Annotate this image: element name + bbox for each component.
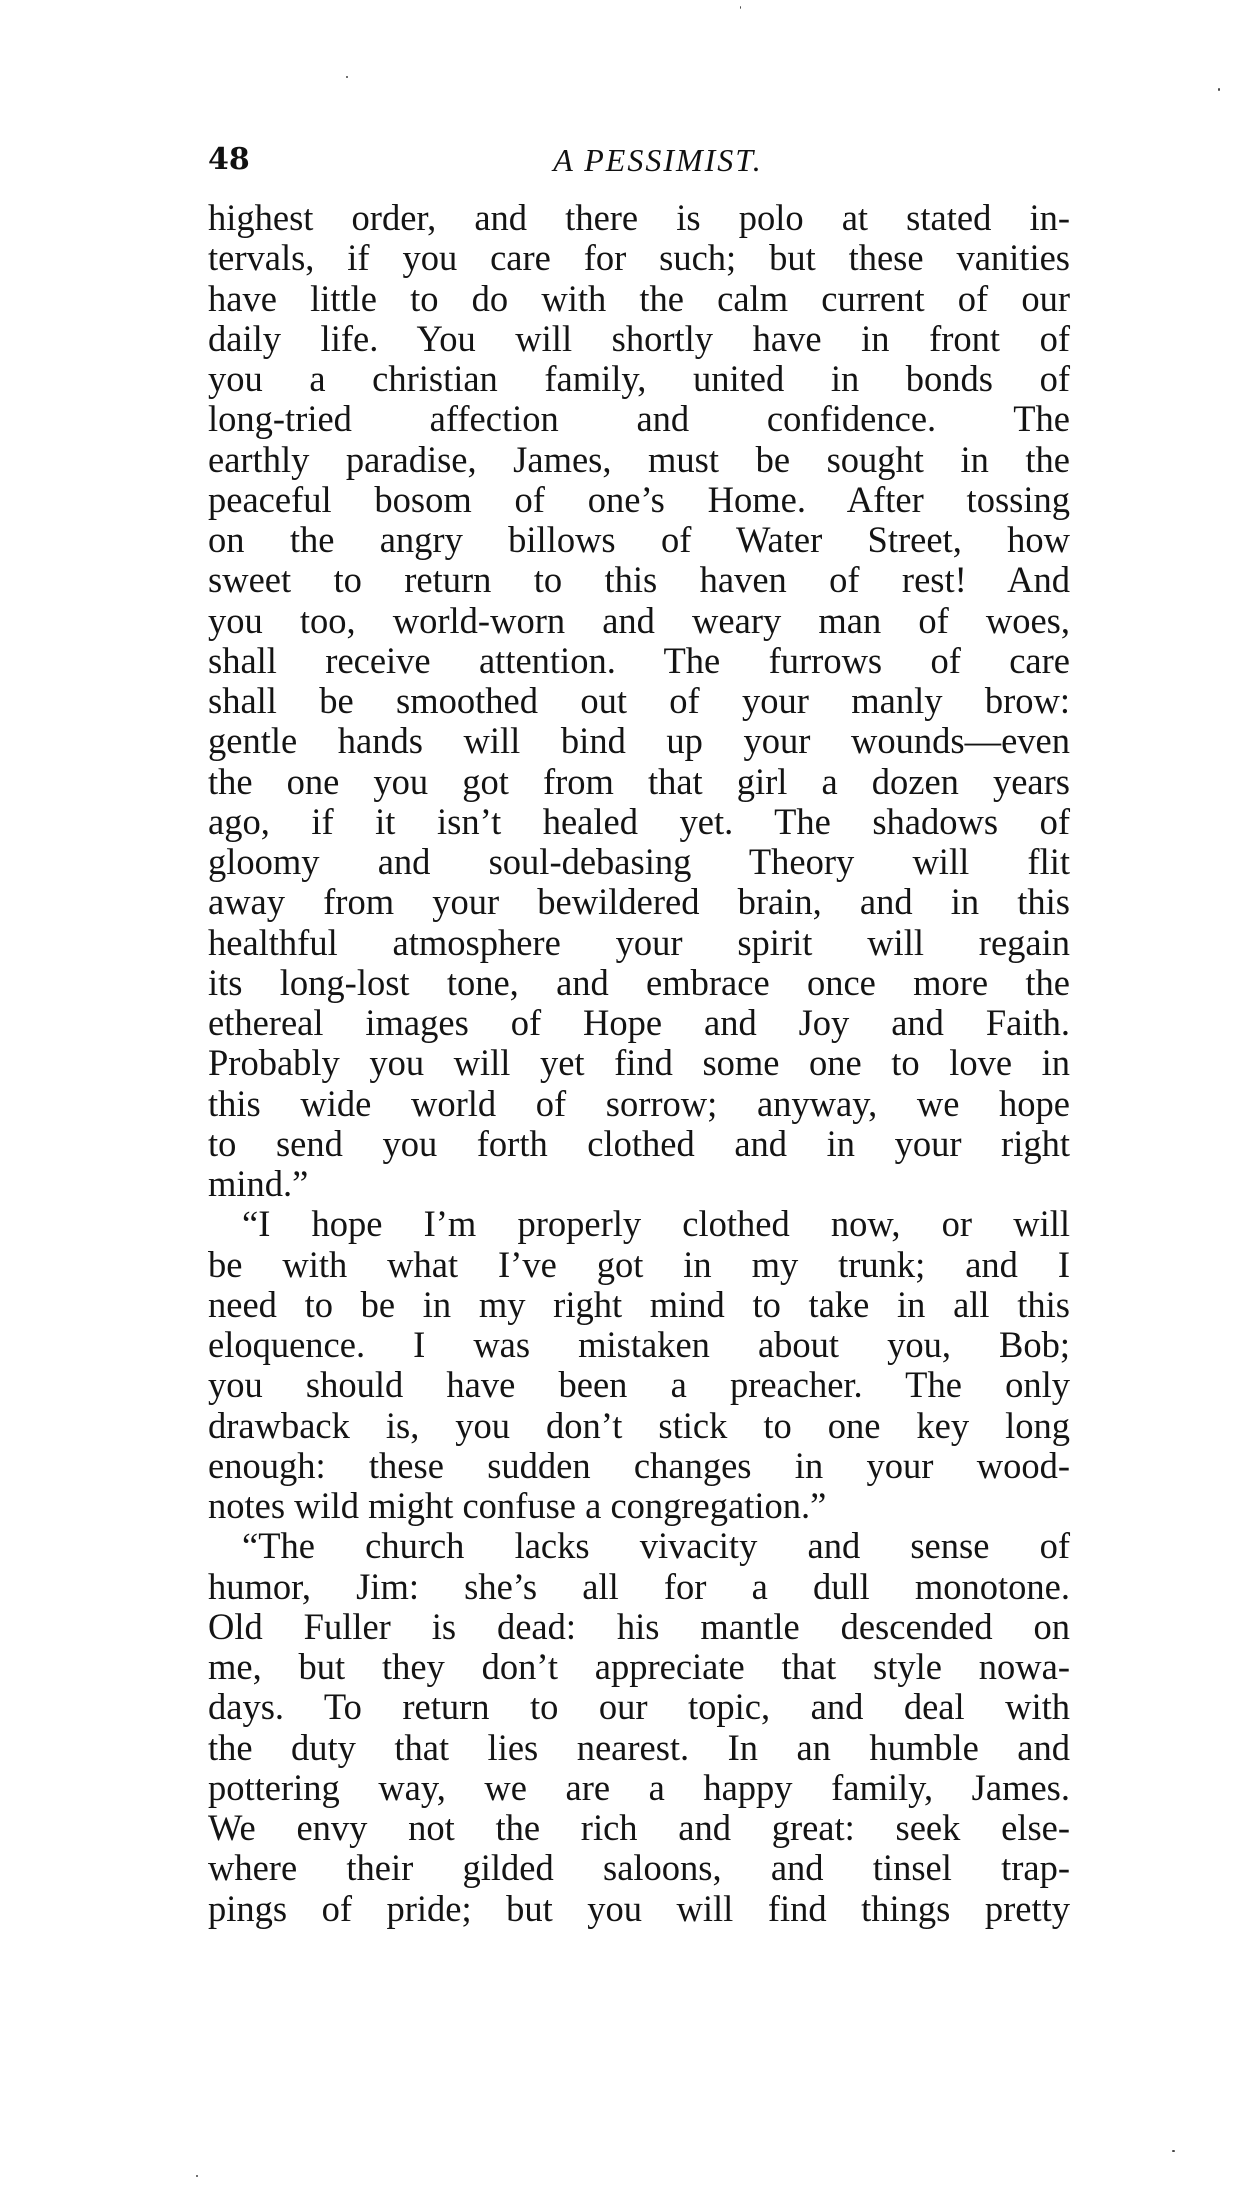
text-line: enough: these sudden changes in your woo… — [208, 1446, 1070, 1486]
scan-speck — [196, 2175, 198, 2177]
text-line: you too, world-worn and weary man of woe… — [208, 601, 1070, 641]
text-line: to send you forth clothed and in your ri… — [208, 1124, 1070, 1164]
text-line: on the angry billows of Water Street, ho… — [208, 520, 1070, 560]
text-line: have little to do with the calm current … — [208, 279, 1070, 319]
text-line: long-tried affection and confidence. The — [208, 399, 1070, 439]
text-line: the duty that lies nearest. In an humble… — [208, 1728, 1070, 1768]
text-line: you a christian family, united in bonds … — [208, 359, 1070, 399]
page-header: 48 A PESSIMIST. — [208, 138, 1068, 182]
text-line: me, but they don’t appreciate that style… — [208, 1647, 1070, 1687]
text-line: daily life. You will shortly have in fro… — [208, 319, 1070, 359]
text-line: humor, Jim: she’s all for a dull monoton… — [208, 1567, 1070, 1607]
scan-speck — [740, 6, 741, 9]
text-line: tervals, if you care for such; but these… — [208, 238, 1070, 278]
text-line: the one you got from that girl a dozen y… — [208, 762, 1070, 802]
text-line: where their gilded saloons, and tinsel t… — [208, 1848, 1070, 1888]
text-line: days. To return to our topic, and deal w… — [208, 1687, 1070, 1727]
text-line: need to be in my right mind to take in a… — [208, 1285, 1070, 1325]
text-line: Old Fuller is dead: his mantle descended… — [208, 1607, 1070, 1647]
text-line: be with what I’ve got in my trunk; and I — [208, 1245, 1070, 1285]
scan-speck — [1172, 2150, 1175, 2152]
text-line: away from your bewildered brain, and in … — [208, 882, 1070, 922]
text-line: gloomy and soul-debasing Theory will fli… — [208, 842, 1070, 882]
text-line: peaceful bosom of one’s Home. After toss… — [208, 480, 1070, 520]
text-line: gentle hands will bind up your wounds—ev… — [208, 721, 1070, 761]
text-line: drawback is, you don’t stick to one key … — [208, 1406, 1070, 1446]
text-line: its long-lost tone, and embrace once mor… — [208, 963, 1070, 1003]
text-line: this wide world of sorrow; anyway, we ho… — [208, 1084, 1070, 1124]
text-line: notes wild might confuse a congregation.… — [208, 1486, 1070, 1526]
text-line: ago, if it isn’t healed yet. The shadows… — [208, 802, 1070, 842]
text-line: eloquence. I was mistaken about you, Bob… — [208, 1325, 1070, 1365]
text-line: Probably you will yet find some one to l… — [208, 1043, 1070, 1083]
text-line: mind.” — [208, 1164, 1070, 1204]
text-line: ethereal images of Hope and Joy and Fait… — [208, 1003, 1070, 1043]
text-line: “The church lacks vivacity and sense of — [208, 1526, 1070, 1566]
text-line: pings of pride; but you will find things… — [208, 1889, 1070, 1929]
text-line: shall be smoothed out of your manly brow… — [208, 681, 1070, 721]
text-line: shall receive attention. The furrows of … — [208, 641, 1070, 681]
text-line: sweet to return to this haven of rest! A… — [208, 560, 1070, 600]
book-page: 48 A PESSIMIST. highest order, and there… — [0, 0, 1244, 2190]
body-text: highest order, and there is polo at stat… — [208, 198, 1070, 1929]
text-line: highest order, and there is polo at stat… — [208, 198, 1070, 238]
text-line: earthly paradise, James, must be sought … — [208, 440, 1070, 480]
scan-speck — [346, 76, 348, 78]
text-line: We envy not the rich and great: seek els… — [208, 1808, 1070, 1848]
running-title: A PESSIMIST. — [208, 138, 1068, 182]
text-line: pottering way, we are a happy family, Ja… — [208, 1768, 1070, 1808]
text-line: you should have been a preacher. The onl… — [208, 1365, 1070, 1405]
text-line: “I hope I’m properly clothed now, or wil… — [208, 1204, 1070, 1244]
text-line: healthful atmosphere your spirit will re… — [208, 923, 1070, 963]
scan-speck — [1218, 88, 1220, 91]
